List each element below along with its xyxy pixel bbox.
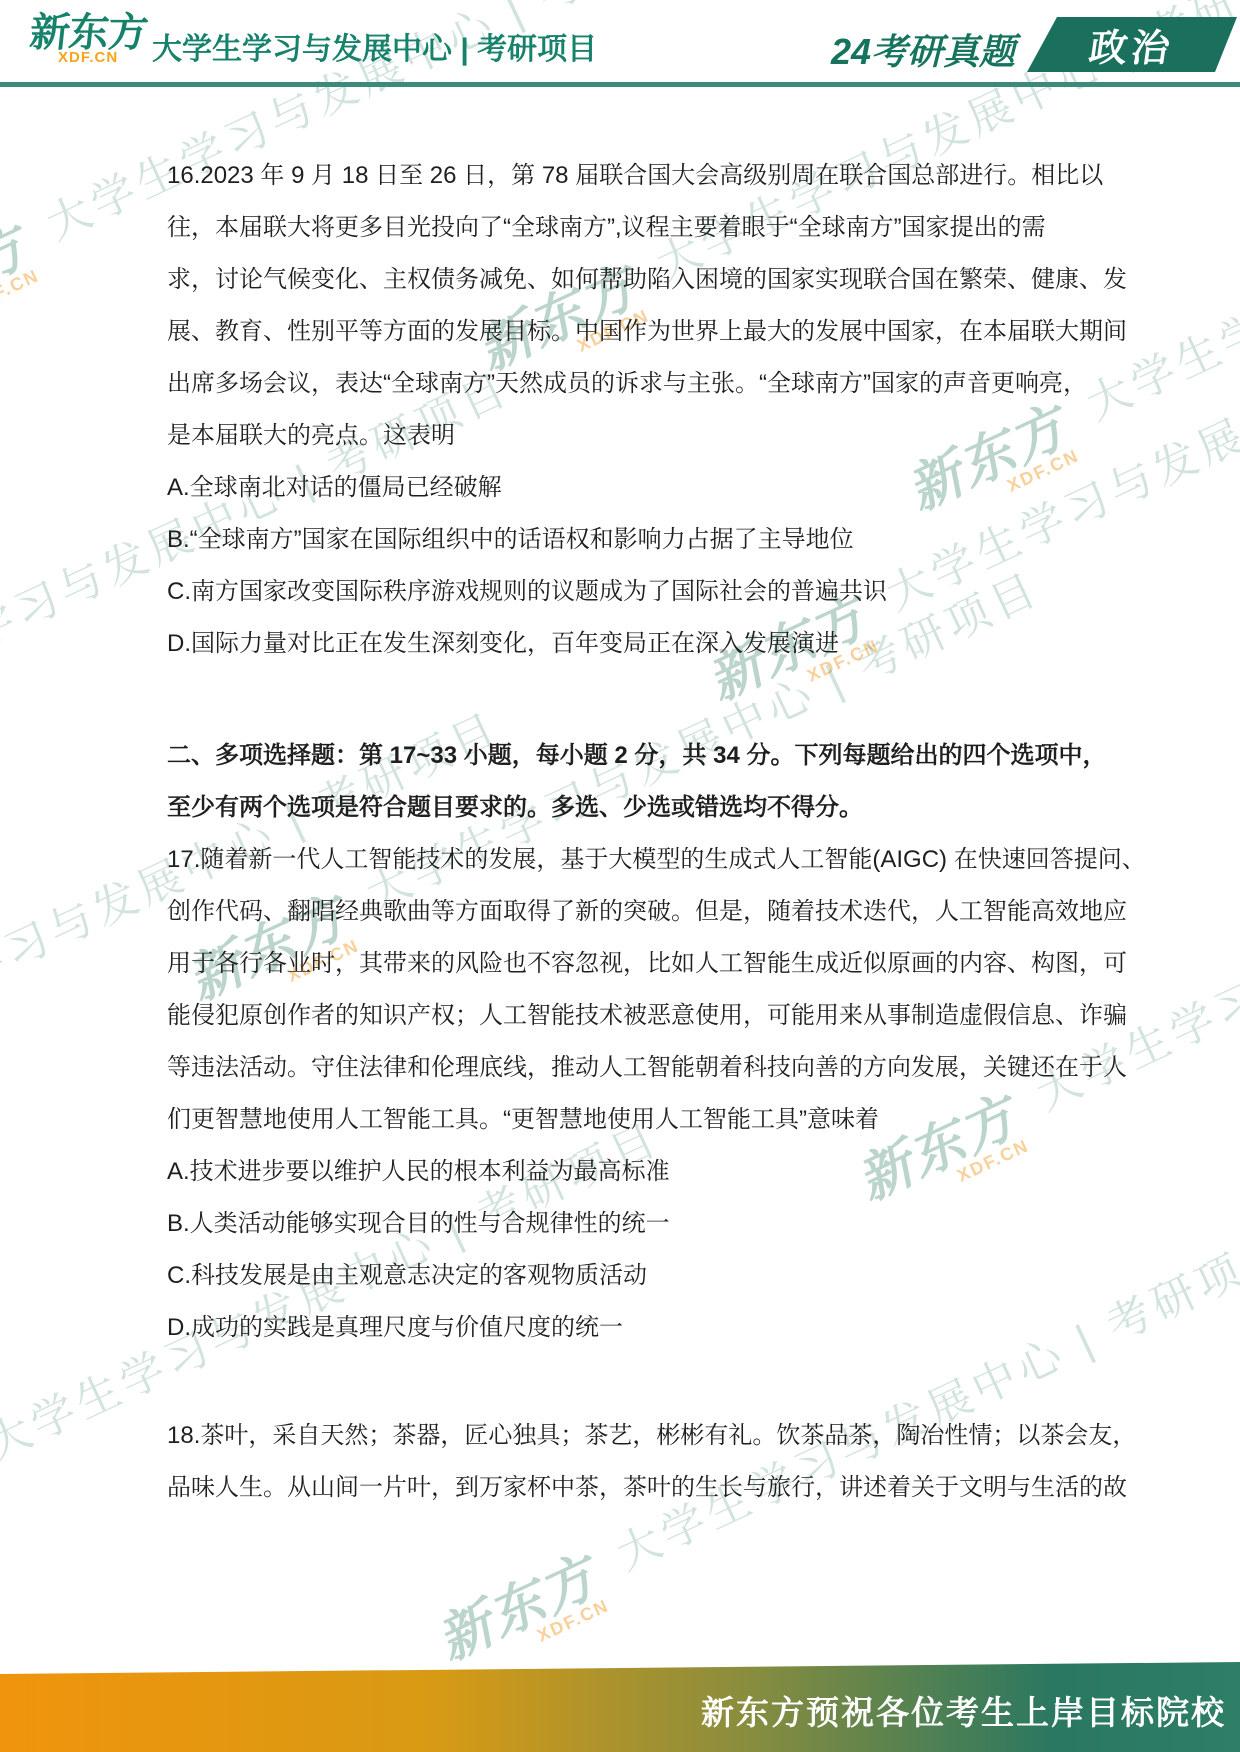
watermark-logo: 新东方XDF.CN bbox=[430, 1549, 612, 1683]
question-16-option: B.“全球南方”国家在国际组织中的话语权和影响力占据了主导地位 bbox=[167, 514, 1047, 566]
question-16-line: 16.2023 年 9 月 18 日至 26 日，第 78 届联合国大会高级别周… bbox=[167, 150, 1047, 202]
question-16-line: 是本届联大的亮点。这表明 bbox=[167, 410, 1047, 462]
question-18-line: 品味人生。从山间一片叶，到万家杯中茶，茶叶的生长与旅行，讲述着关于文明与生活的故 bbox=[167, 1462, 1047, 1514]
question-17-line: 创作代码、翻唱经典歌曲等方面取得了新的突破。但是，随着技术迭代，人工智能高效地应 bbox=[167, 886, 1047, 938]
question-16-option: A.全球南北对话的僵局已经破解 bbox=[167, 462, 1047, 514]
watermark-brand-text: 新东方 bbox=[430, 1549, 605, 1669]
question-17-line: 们更智慧地使用人工智能工具。“更智慧地使用人工智能工具”意味着 bbox=[167, 1094, 1047, 1146]
question-17-option: A.技术进步要以维护人民的根本利益为最高标准 bbox=[167, 1146, 1047, 1198]
question-17-option: B.人类活动能够实现合目的性与合规律性的统一 bbox=[167, 1198, 1047, 1250]
spacer bbox=[167, 670, 1047, 730]
question-17-line: 用于各行各业时，其带来的风险也不容忽视，比如人工智能生成近似原画的内容、构图，可 bbox=[167, 938, 1047, 990]
watermark-text: 大学生学习与发展中心 | 考研项目 bbox=[1079, 75, 1240, 428]
question-17-line: 17.随着新一代人工智能技术的发展，基于大模型的生成式人工智能(AIGC) 在快… bbox=[167, 834, 1047, 886]
question-16-option: D.国际力量对比正在发生深刻变化，百年变局正在深入发展演进 bbox=[167, 618, 1047, 670]
question-17-paragraph: 17.随着新一代人工智能技术的发展，基于大模型的生成式人工智能(AIGC) 在快… bbox=[167, 834, 1047, 1146]
question-17-option: D.成功的实践是真理尺度与价值尺度的统一 bbox=[167, 1302, 1047, 1354]
question-16-line: 往，本届联大将更多目光投向了“全球南方”,议程主要着眼于“全球南方”国家提出的需 bbox=[167, 202, 1047, 254]
question-16-line: 求，讨论气候变化、主权债务减免、如何帮助陷入困境的国家实现联合国在繁荣、健康、发 bbox=[167, 254, 1047, 306]
question-17-options: A.技术进步要以维护人民的根本利益为最高标准B.人类活动能够实现合目的性与合规律… bbox=[167, 1146, 1047, 1354]
question-17-option: C.科技发展是由主观意志决定的客观物质活动 bbox=[167, 1250, 1047, 1302]
watermark-domain-text: XDF.CN bbox=[0, 266, 42, 315]
question-17-line: 等违法活动。守住法律和伦理底线，推动人工智能朝着科技向善的方向发展，关键还在于人 bbox=[167, 1042, 1047, 1094]
watermark-brand-text: 新东方 bbox=[0, 219, 35, 339]
exam-page: 新东方XDF.CN大学生学习与发展中心 | 考研项目新东方XDF.CN大学生学习… bbox=[0, 0, 1240, 1752]
question-18-paragraph: 18.茶叶，采自天然；茶器，匠心独具；茶艺，彬彬有礼。饮茶品茶，陶冶性情；以茶会… bbox=[167, 1410, 1047, 1514]
spacer bbox=[167, 1354, 1047, 1410]
question-18-line: 18.茶叶，采自天然；茶器，匠心独具；茶艺，彬彬有礼。饮茶品茶，陶冶性情；以茶会… bbox=[167, 1410, 1047, 1462]
question-16-options: A.全球南北对话的僵局已经破解B.“全球南方”国家在国际组织中的话语权和影响力占… bbox=[167, 462, 1047, 670]
section-2-heading: 二、多项选择题：第 17~33 小题，每小题 2 分，共 34 分。下列每题给出… bbox=[167, 730, 1047, 834]
question-16-option: C.南方国家改变国际秩序游戏规则的议题成为了国际社会的普遍共识 bbox=[167, 566, 1047, 618]
question-16-line: 展、教育、性别平等方面的发展目标。中国作为世界上最大的发展中国家，在本届联大期间 bbox=[167, 306, 1047, 358]
footer-message: 新东方预祝各位考生上岸目标院校 bbox=[701, 1679, 1226, 1734]
section-2-heading-line: 至少有两个选项是符合题目要求的。多选、少选或错选均不得分。 bbox=[167, 782, 1047, 834]
exam-content: 16.2023 年 9 月 18 日至 26 日，第 78 届联合国大会高级别周… bbox=[167, 150, 1047, 1514]
question-16-line: 出席多场会议，表达“全球南方”天然成员的诉求与主张。“全球南方”国家的声音更响亮… bbox=[167, 358, 1047, 410]
watermark-domain-text: XDF.CN bbox=[534, 1596, 611, 1645]
section-2-heading-line: 二、多项选择题：第 17~33 小题，每小题 2 分，共 34 分。下列每题给出… bbox=[167, 730, 1047, 782]
question-17-line: 能侵犯原创作者的知识产权；人工智能技术被恶意使用，可能用来从事制造虚假信息、诈骗 bbox=[167, 990, 1047, 1042]
footer-banner: 新东方预祝各位考生上岸目标院校 bbox=[0, 1660, 1240, 1752]
question-16-paragraph: 16.2023 年 9 月 18 日至 26 日，第 78 届联合国大会高级别周… bbox=[167, 150, 1047, 462]
watermark-logo: 新东方XDF.CN bbox=[0, 219, 42, 353]
